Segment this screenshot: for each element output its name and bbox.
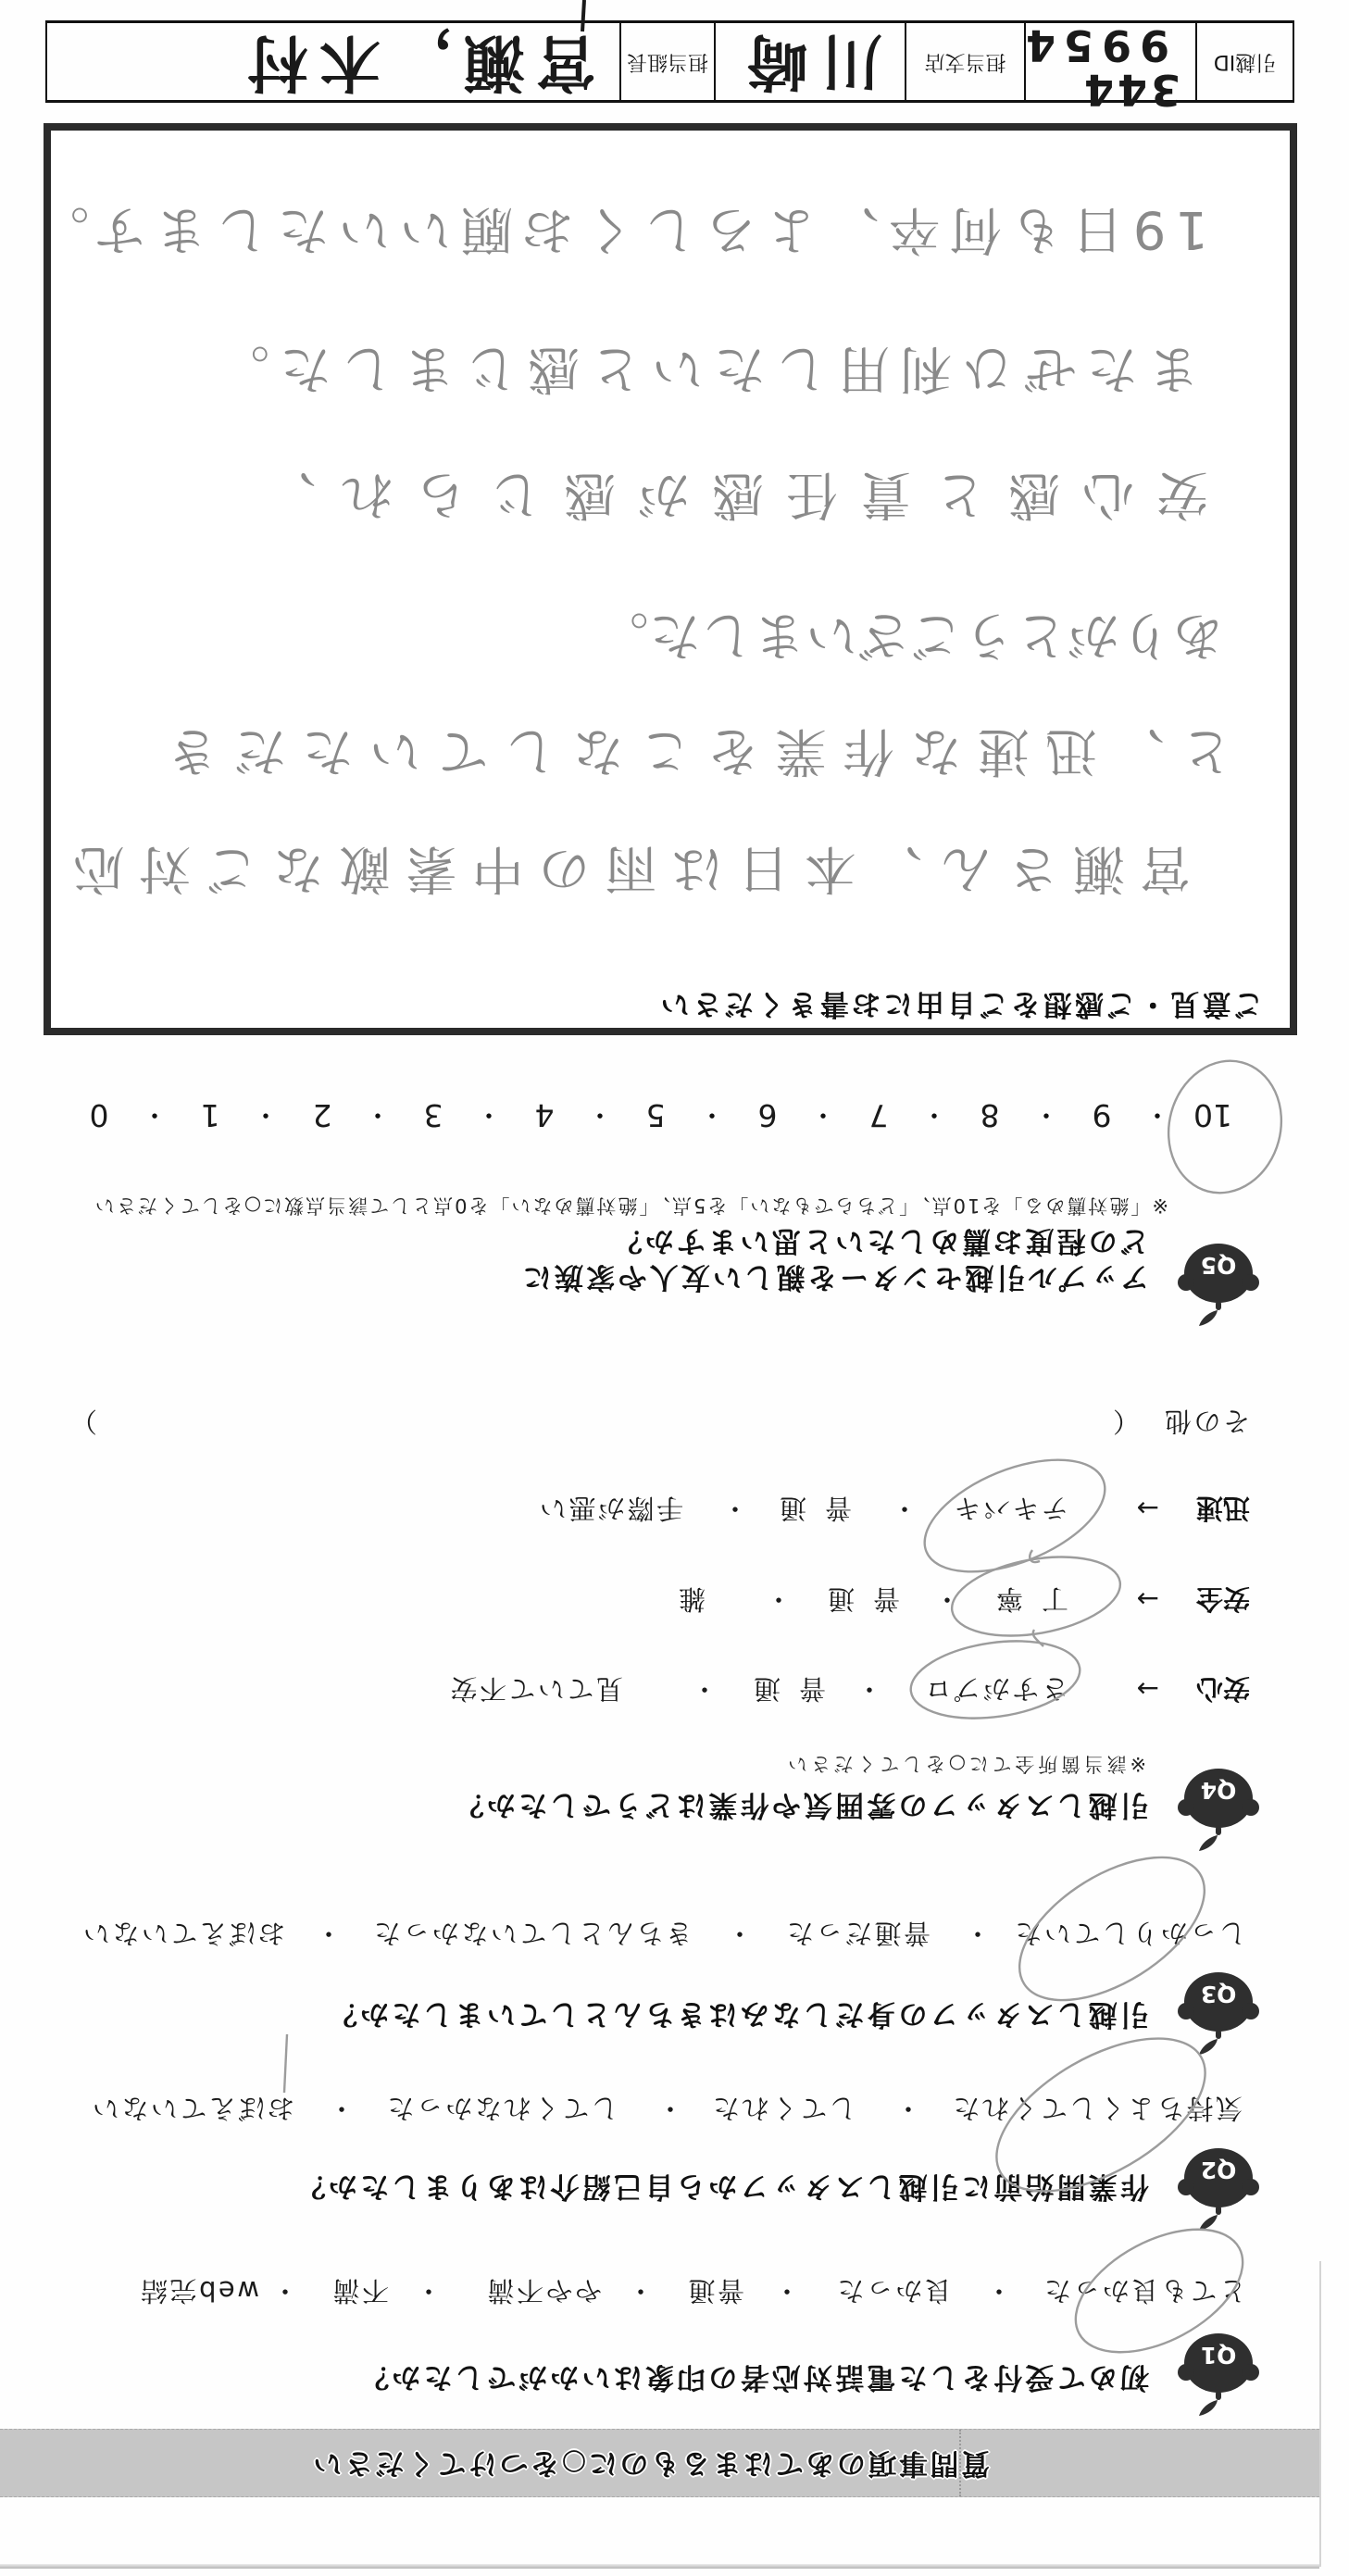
instruction-banner: 質問事項のあてはまるものに○をつけてください bbox=[0, 2429, 1319, 2497]
q5-note: ※「絶対薦める」を10点、「どちらでもない」を5点、「絶対薦めない」を0点として… bbox=[94, 1194, 1168, 1218]
q4-option: 普通 bbox=[809, 1582, 900, 1616]
score-8: 8 bbox=[957, 1096, 1022, 1133]
q4-option: 丁寧 bbox=[978, 1582, 1068, 1616]
q2-option: おぼえていない bbox=[90, 2092, 294, 2125]
q2-option: してくれた bbox=[710, 2092, 856, 2125]
q4-row-label-anshin: 安心 bbox=[1196, 1672, 1250, 1706]
separator-dot: ・ bbox=[627, 2274, 655, 2307]
move-id-label: 引越ID bbox=[1197, 23, 1293, 100]
scanned-survey-form: 質問事項のあてはまるものに○をつけてください Q1 初めて受付をした電話対応者の… bbox=[0, 0, 1349, 2576]
q4-option: 見ていて不安 bbox=[448, 1672, 623, 1706]
branch-value-cell: 川崎 bbox=[716, 23, 906, 100]
score-7: 7 bbox=[846, 1096, 911, 1133]
separator-dot: ・ bbox=[271, 2274, 299, 2307]
score-6: 6 bbox=[735, 1096, 800, 1133]
q2-option: してくれなかった bbox=[385, 2092, 618, 2125]
separator-dot: ・ bbox=[364, 1096, 392, 1133]
paper-edge-left bbox=[1319, 2261, 1321, 2567]
separator-dot: ・ bbox=[856, 1672, 883, 1706]
branch-label-cell: 担当支店 bbox=[906, 23, 1026, 100]
question-text-q1: 初めて受付をした電話対応者の印象はいかがでしたか？ bbox=[357, 2360, 1149, 2394]
q4-option: 普通 bbox=[761, 1492, 852, 1525]
connector-stroke bbox=[1030, 1550, 1040, 1562]
separator-dot: ・ bbox=[315, 1917, 343, 1950]
q3-option: 普通だった bbox=[784, 1917, 931, 1950]
handwritten-comment-line: またぜひ利用したいと感じました。 bbox=[207, 335, 1200, 400]
apple-q3-icon: Q3 bbox=[1177, 1970, 1260, 2056]
q1-option: 良かった bbox=[835, 2274, 952, 2307]
separator-dot: ・ bbox=[656, 2092, 684, 2125]
q1-option: とても良かった bbox=[1042, 2274, 1246, 2307]
separator-dot: ・ bbox=[1143, 1096, 1171, 1133]
q1-option: 不満 bbox=[331, 2274, 389, 2307]
crew-leader-value: 宮瀬，木村 bbox=[236, 24, 597, 100]
arrow-right-icon: → bbox=[1134, 1672, 1159, 1706]
leaf-icon bbox=[1199, 2215, 1218, 2231]
score-2: 2 bbox=[290, 1096, 355, 1133]
separator-dot: ・ bbox=[1032, 1096, 1060, 1133]
move-info-table: 引越ID 344 9954 担当支店 川崎 担当組長 宮瀬，木村 bbox=[45, 20, 1294, 103]
paper-edge-top bbox=[0, 2564, 1319, 2569]
question-number: Q2 bbox=[1201, 2157, 1237, 2183]
separator-dot: ・ bbox=[691, 1672, 718, 1706]
q3-option: おぼえていない bbox=[81, 1917, 285, 1950]
score-3: 3 bbox=[401, 1096, 466, 1133]
handwritten-comment-line: 安心感と責任感が感じられ、 bbox=[243, 461, 1208, 526]
comment-heading: ご意見・ご感想をご自由にお書きください bbox=[657, 987, 1263, 1020]
apple-q4-icon: Q4 bbox=[1177, 1767, 1260, 1852]
q4-other-label: その他 bbox=[1162, 1405, 1250, 1438]
q4-note: ※該当箇所全てに○をしてください bbox=[784, 1752, 1146, 1776]
separator-dot: ・ bbox=[773, 2274, 801, 2307]
leaf-icon bbox=[1199, 1310, 1218, 1326]
question-number: Q4 bbox=[1201, 1777, 1237, 1804]
separator-dot: ・ bbox=[809, 1096, 837, 1133]
score-5: 5 bbox=[623, 1096, 688, 1133]
crew-leader-value-cell: 宮瀬，木村 bbox=[47, 23, 621, 100]
question-text-q2: 作業開始前に引越しスタッフから自己紹介はありましたか？ bbox=[294, 2170, 1149, 2203]
apple-q1-icon: Q1 bbox=[1177, 2332, 1260, 2417]
q4-other-close-paren: ） bbox=[68, 1405, 97, 1438]
score-10: 10 bbox=[1180, 1096, 1245, 1133]
move-id-value-line1: 344 bbox=[1080, 67, 1180, 113]
move-id-value-line2: 9954 bbox=[1018, 22, 1169, 69]
separator-dot: ・ bbox=[415, 2274, 443, 2307]
question-number: Q5 bbox=[1201, 1252, 1237, 1279]
q4-option: 手際が悪い bbox=[537, 1492, 683, 1525]
separator-dot: ・ bbox=[894, 2092, 922, 2125]
question-text-q5-line1: アップル引越センターを親しい友人や家族に bbox=[520, 1260, 1149, 1294]
branch-label: 担当支店 bbox=[906, 23, 1024, 100]
q2-option: 気持ちよくしてくれた bbox=[951, 2092, 1243, 2125]
instruction-text: 質問事項のあてはまるものに○をつけてください bbox=[311, 2430, 990, 2496]
q3-option: きちんとしていなかった bbox=[371, 1917, 693, 1950]
separator-dot: ・ bbox=[985, 2274, 1013, 2307]
separator-dot: ・ bbox=[141, 1096, 169, 1133]
separator-dot: ・ bbox=[964, 1917, 992, 1950]
leaf-icon bbox=[1199, 2400, 1218, 2416]
separator-dot: ・ bbox=[586, 1096, 614, 1133]
handwritten-comment-line: と、迅速な作業をこなしていただき bbox=[151, 718, 1232, 782]
separator-dot: ・ bbox=[252, 1096, 280, 1133]
q4-other-open-paren: （ bbox=[1110, 1405, 1140, 1438]
move-id-label-cell: 引越ID bbox=[1197, 23, 1293, 100]
question-number: Q1 bbox=[1201, 2342, 1237, 2369]
apple-q5-icon: Q5 bbox=[1177, 1242, 1260, 1327]
handwritten-comment-line: 宮瀬さん、本日は雨の中素敵なご対応 bbox=[58, 835, 1192, 900]
score-9: 9 bbox=[1069, 1096, 1134, 1133]
question-text-q5-line2: どの程度お薦めしたいと思いますか？ bbox=[611, 1224, 1149, 1257]
separator-dot: ・ bbox=[698, 1096, 726, 1133]
separator-dot: ・ bbox=[920, 1096, 948, 1133]
apple-q2-icon: Q2 bbox=[1177, 2146, 1260, 2232]
arrow-right-icon: → bbox=[1134, 1582, 1159, 1616]
q4-option: 普通 bbox=[735, 1672, 826, 1706]
q4-option: 雑 bbox=[676, 1582, 706, 1616]
separator-dot: ・ bbox=[765, 1582, 793, 1616]
handwritten-comment-line: ありがとうございました。 bbox=[596, 602, 1224, 667]
stray-pen-stroke bbox=[284, 2034, 287, 2093]
question-text-q4: 引越しスタッフの雰囲気や作業はどうでしたか？ bbox=[453, 1788, 1149, 1821]
score-0: 0 bbox=[67, 1096, 131, 1133]
q1-option: やや不満 bbox=[485, 2274, 602, 2307]
crew-leader-label: 担当組長 bbox=[621, 23, 714, 100]
move-id-value-cell: 344 9954 bbox=[1026, 23, 1197, 100]
score-1: 1 bbox=[178, 1096, 243, 1133]
q3-option: しっかりしていた bbox=[1013, 1917, 1246, 1950]
q4-option: さすがプロ bbox=[922, 1672, 1068, 1706]
question-number: Q3 bbox=[1201, 1981, 1237, 2007]
crew-leader-label-cell: 担当組長 bbox=[621, 23, 716, 100]
score-4: 4 bbox=[512, 1096, 577, 1133]
separator-dot: ・ bbox=[933, 1582, 961, 1616]
leaf-icon bbox=[1199, 1835, 1218, 1851]
branch-value: 川崎 bbox=[734, 24, 882, 98]
separator-dot: ・ bbox=[891, 1492, 918, 1525]
q4-row-label-anzen: 安全 bbox=[1196, 1582, 1250, 1616]
separator-dot: ・ bbox=[328, 2092, 356, 2125]
leaf-icon bbox=[1199, 2039, 1218, 2055]
arrow-right-icon: → bbox=[1134, 1492, 1159, 1525]
question-text-q3: 引越しスタッフの身だしなみはきちんとしていましたか？ bbox=[326, 1997, 1149, 2031]
handwritten-comment-line: 19日も何卒、よろしくお願いいたします。 bbox=[28, 196, 1208, 261]
separator-dot: ・ bbox=[726, 1917, 754, 1950]
q4-row-label-jinsoku: 迅速 bbox=[1196, 1492, 1250, 1525]
q4-option: テキパキ bbox=[952, 1492, 1068, 1525]
separator-dot: ・ bbox=[475, 1096, 503, 1133]
connector-stroke bbox=[1033, 1630, 1043, 1646]
q1-option: 普通 bbox=[686, 2274, 744, 2307]
separator-dot: ・ bbox=[721, 1492, 749, 1525]
q1-option: web完結 bbox=[139, 2274, 259, 2307]
